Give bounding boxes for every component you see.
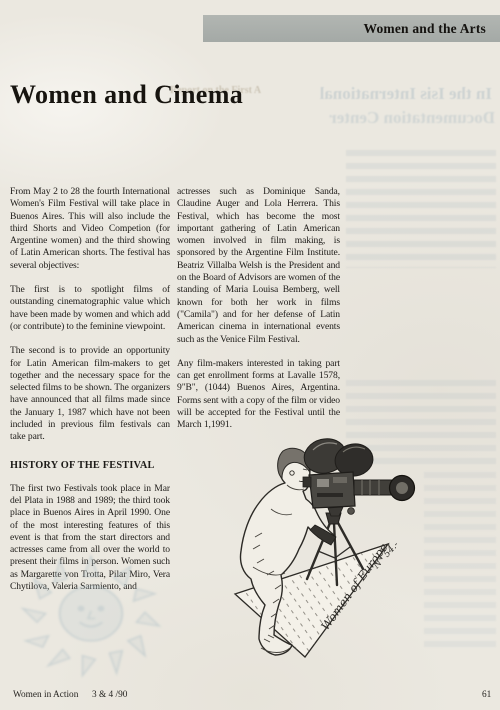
article-column-2: actresses such as Dominique Sanda, Claud… [177,186,340,444]
paragraph-objective-1: The first is to spotlight films of outst… [10,284,170,333]
paragraph-intro: From May 2 to 28 the fourth Internationa… [10,186,170,272]
camera-body [309,472,355,508]
movie-camera [301,434,415,516]
article-column-1: From May 2 to 28 the fourth Internationa… [10,186,170,605]
crank-knob [348,508,355,515]
article-title: Women and Cinema [10,80,243,110]
bleedthrough-text-block [424,472,496,650]
magazine-name: Women in Action [13,690,78,700]
bleedthrough-headline-1: In the Isis International [252,84,492,104]
bleedthrough-text-block [346,150,496,268]
magazine-page: Women and the Arts In the Isis Internati… [0,0,500,710]
section-header-bar: Women and the Arts [203,15,500,42]
camera-woman-illustration: Women of Europe. N° 54.- [231,417,427,695]
eyepiece [303,477,311,487]
issue-number: 3 & 4 /90 [92,690,127,700]
lens-glass [396,482,408,494]
page-number: 61 [482,690,491,700]
lens-barrel [354,480,392,495]
paragraph-festival-people: actresses such as Dominique Sanda, Claud… [177,186,340,346]
paragraph-objective-2: The second is to provide an opportunity … [10,345,170,443]
bleedthrough-headline-2: Documentation Center [330,108,495,128]
sun-face-bleedthrough-illustration [20,554,162,678]
section-heading-history: HISTORY OF THE FESTIVAL [10,460,170,471]
section-header-label: Women and the Arts [364,21,486,37]
